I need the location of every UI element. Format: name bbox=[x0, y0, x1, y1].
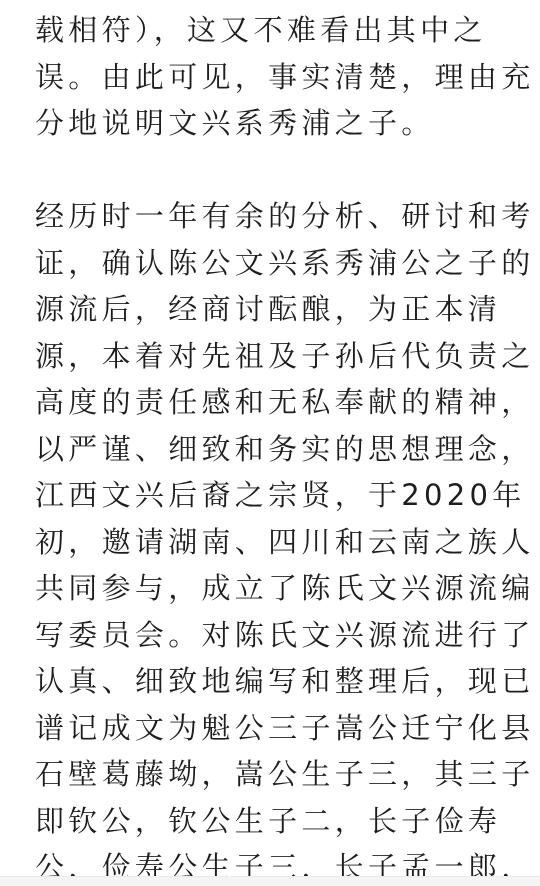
text-line: 证，确认陈公文兴系秀浦公之子的 bbox=[35, 240, 507, 287]
text-line: 经历时一年有余的分析、研讨和考 bbox=[35, 193, 507, 240]
text-line: 初，邀请湖南、四川和云南之族人 bbox=[35, 519, 507, 566]
text-line: 江西文兴后裔之宗贤，于2020年 bbox=[35, 472, 507, 519]
text-line: 源，本着对先祖及子孙后代负责之 bbox=[35, 333, 507, 380]
text-line: 高度的责任感和无私奉献的精神， bbox=[35, 379, 507, 426]
text-line: 源流后，经商讨酝酿，为正本清 bbox=[35, 286, 507, 333]
paragraph-spacer bbox=[35, 147, 507, 194]
paragraph-committee: 经历时一年有余的分析、研讨和考 证，确认陈公文兴系秀浦公之子的 源流后，经商讨酝… bbox=[35, 193, 507, 886]
article-body: 载相符），这又不难看出其中之 误。由此可见，事实清楚，理由充 分地说明文兴系秀浦… bbox=[35, 7, 507, 886]
text-line: 即钦公，钦公生子二，长子俭寿 bbox=[35, 798, 507, 845]
text-line: 认真、细致地编写和整理后，现已 bbox=[35, 658, 507, 705]
text-line: 写委员会。对陈氏文兴源流进行了 bbox=[35, 612, 507, 659]
text-line: 谱记成文为魁公三子嵩公迁宁化县 bbox=[35, 705, 507, 752]
text-line: 载相符），这又不难看出其中之 bbox=[35, 7, 507, 54]
bottom-toolbar-edge bbox=[0, 876, 540, 886]
text-line: 石壁葛藤坳，嵩公生子三，其三子 bbox=[35, 751, 507, 798]
text-line: 误。由此可见，事实清楚，理由充 bbox=[35, 54, 507, 101]
paragraph-conclusion: 载相符），这又不难看出其中之 误。由此可见，事实清楚，理由充 分地说明文兴系秀浦… bbox=[35, 7, 507, 147]
text-line: 共同参与，成立了陈氏文兴源流编 bbox=[35, 565, 507, 612]
text-line: 分地说明文兴系秀浦之子。 bbox=[35, 100, 507, 147]
text-line: 以严谨、细致和务实的思想理念， bbox=[35, 426, 507, 473]
